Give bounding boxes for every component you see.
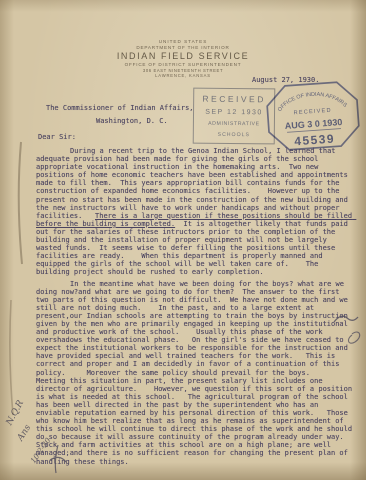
recipient-name: The Commissioner of Indian Affairs,	[46, 104, 194, 112]
scanned-letter-page: UNITED STATES DEPARTMENT OF THE INTERIOR…	[0, 0, 366, 480]
left-edge-crease	[19, 142, 22, 264]
stamp-received-label: RECEIVED	[194, 94, 274, 105]
received-stamp-administrative: RECEIVED SEP 12 1930 ADMINISTRATIVE SCHO…	[193, 88, 276, 145]
letterhead-service-title: INDIAN FIELD SERVICE	[0, 51, 366, 61]
stamp-division-line1: ADMINISTRATIVE	[194, 121, 274, 128]
paragraph-1: During a recent trip to the Genoa Indian…	[36, 147, 355, 277]
letter-body: During a recent trip to the Genoa Indian…	[36, 147, 355, 466]
letterhead-country: UNITED STATES	[0, 39, 366, 44]
stamp-serial-number: 45539	[294, 132, 336, 149]
paragraph-1-text: During a recent trip to the Genoa Indian…	[36, 147, 352, 220]
stamp-received-word: RECEIVED	[293, 108, 332, 117]
handwritten-initials: N.Q.R	[5, 399, 26, 427]
letterhead-office: OFFICE OF DISTRICT SUPERINTENDENT	[0, 62, 366, 67]
paragraph-2: In the meantime what have we been doing …	[36, 280, 355, 466]
stamp-received-date: SEP 12 1930	[194, 109, 274, 117]
received-stamp-office-of-indian-affairs: OFFICE OF INDIAN AFFAIRS RECEIVED AUG 3 …	[264, 79, 363, 153]
handwritten-note: Ans	[16, 423, 33, 443]
paragraph-1-continued: It is altogether likely that funds paid …	[36, 220, 352, 277]
stamp-division-line2: SCHOOLS	[194, 132, 274, 139]
recipient-city: Washington, D. C.	[96, 117, 168, 125]
letterhead-department: DEPARTMENT OF THE INTERIOR	[0, 45, 366, 50]
salutation: Dear Sir:	[38, 133, 76, 141]
left-lower-crease	[10, 300, 13, 415]
